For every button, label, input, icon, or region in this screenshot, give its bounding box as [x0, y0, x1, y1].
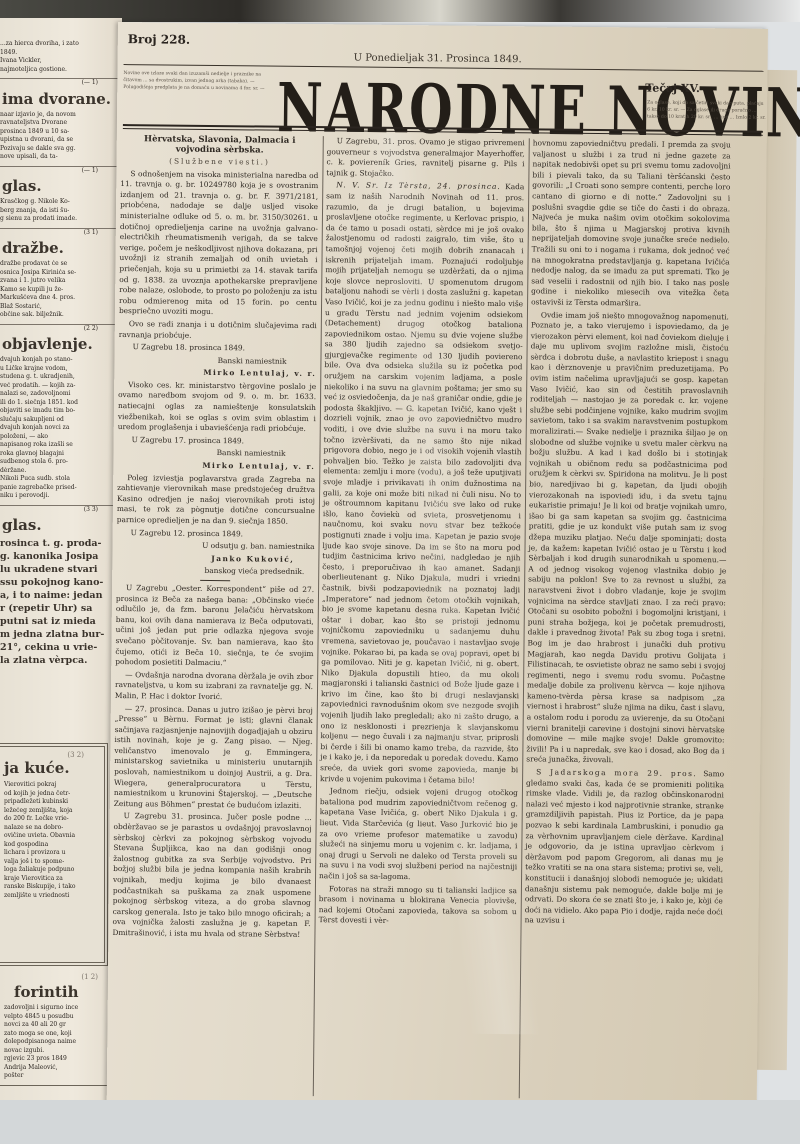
volume-label: Tečaj XV.	[645, 82, 700, 96]
dateline: U Zagrebu 17. prosinca 1849.	[118, 435, 316, 448]
ad-text-line: ovičine uvieta. Obavnia	[4, 832, 104, 841]
ad-text-line: ...za hierca dvoriha, i zato	[0, 40, 118, 49]
article-paragraph: Samo gledamo svaki čas, kada će se promi…	[525, 769, 725, 925]
ad-text-line: roka glavnoj blagajni	[0, 450, 118, 459]
issue-date: U Ponedieljak 31. Prosinca 1849.	[354, 52, 522, 65]
notice-text-line: pošter	[4, 1072, 118, 1081]
ad-heading: ja kuće.	[0, 747, 104, 777]
article-paragraph: Ovo se radi znanja i u dotičnim slučajev…	[119, 319, 317, 342]
ad-text-line: pripadležeti kubinski	[4, 798, 104, 807]
notice-text: zadovoljni i sigurno incevelpto 4845 u p…	[0, 1001, 118, 1081]
ad-text-line: niku i perovodji.	[0, 492, 118, 501]
background-surface	[0, 1100, 800, 1144]
ad-text-line: napisanog roka izašli se	[0, 441, 118, 450]
ad-text-line: slučaju sakupljeni od	[0, 416, 118, 425]
ad-text-line: položeni, — ako	[0, 433, 118, 442]
signatory-role: Banski namiestnik	[118, 355, 316, 368]
ad-text-line: berg znanja, da isti šu-	[0, 207, 118, 216]
ad-text-line: 21°, cekina u vrie-	[0, 641, 118, 654]
article-paragraph: S odnošenjem na visoka ministerialna nar…	[119, 169, 319, 319]
ad-text-line: do 200 fr. Lečke vrie-	[4, 815, 104, 824]
ad-text-line: objaviti se imadu tim bo-	[0, 407, 118, 416]
notice-text-line: novac izgubi.	[4, 1047, 118, 1056]
ad-text-line: Vierovitici pokraj	[4, 781, 104, 790]
left-underlying-page: ...za hierca dvoriha, i zato1849.Ivana V…	[0, 18, 122, 1100]
notice-text-line: zato moga se one, koji	[4, 1030, 118, 1039]
article-paragraph: — 27. prosinca. Danas u jutro izišao je …	[114, 704, 313, 812]
article-paragraph: U Zagrebu „Oester. Korrespondent“ piše o…	[115, 583, 314, 670]
ad-text-line: kraje Vierovitica za	[4, 875, 104, 884]
ad-text-line: loga žaliakuje podpuno	[4, 866, 104, 875]
ad-heading: ima dvorane.	[2, 90, 118, 108]
ad-text-line: ranske Biskupije, i tako	[4, 883, 104, 892]
left-page-fragments: ...za hierca dvoriha, i zato1849.Ivana V…	[0, 40, 118, 667]
notice-text-line: Andrija Maleović,	[4, 1064, 118, 1073]
ad-text-line: ssu pokojnog kano-	[0, 576, 118, 589]
column-3: hovnomu zapoviedničtvu predali. I premda…	[525, 138, 731, 930]
ad-number: (3 1)	[0, 228, 118, 238]
signature: Mirko Lentulaj, v. r.	[117, 460, 315, 473]
section-title: Hèrvatska, Slavonia, Dalmacia i vojvodin…	[121, 134, 319, 156]
ad-text-line: občine sak. bilježnik.	[0, 311, 118, 320]
ad-text-line: lichara i provizora u	[4, 849, 104, 858]
ad-text-line: r (repetir Uhr) sa	[0, 602, 118, 615]
ad-number: (3 2)	[67, 751, 84, 759]
signature: Janko Kuković,	[116, 553, 314, 566]
ad-text-line: upistna u dvorani, da se	[0, 136, 118, 145]
article-paragraph: — Ovdašnja narodna dvorana dèržala je ov…	[115, 670, 313, 704]
ad-text-line: Blaž Šostarić,	[0, 303, 118, 312]
notice-text-line: dolepodpisanoga naime	[4, 1038, 118, 1047]
ad-text-line: dražbe prodavat će se	[0, 260, 118, 269]
ad-text-line: dvajuh konjah po stano-	[0, 356, 118, 365]
ad-text-line: nove upisali, da ta-	[0, 153, 118, 162]
ad-text-line: od kojih je jedna četr-	[4, 790, 104, 799]
subscription-notice: Novine ove izlaze svaki dan izuzamši ned…	[123, 70, 271, 93]
ad-text-line: dèržane.	[0, 467, 118, 476]
forintih-notice: (1 2) forintih zadovoljni i sigurno ince…	[0, 973, 118, 1086]
ad-text-line: zemljište u vriednosti	[4, 892, 104, 901]
ad-text-line: prosinca 1849 u 10 sa-	[0, 128, 118, 137]
issue-number: Broj 228.	[128, 32, 190, 47]
ad-text-line: Pozivaju se dakle sva gg.	[0, 145, 118, 154]
article-paragraph: Poleg izviestja poglavarstva grada Zagre…	[117, 473, 316, 528]
article-paragraph: Ovdie imam još niešto mnogovažnog napome…	[526, 310, 729, 768]
notice-text-line: novci za 40 ali 20 gr	[4, 1021, 118, 1030]
ad-text-line: u Ličke krajne vodom,	[0, 365, 118, 374]
ad-text-line: lu ukradene stvari	[0, 563, 118, 576]
ad-text-line: zvana i 1. jutro velika	[0, 277, 118, 286]
ad-text-line: panie zagrebačke prised-	[0, 484, 118, 493]
ad-text-line: nalazi se, zadovoljnomi	[0, 390, 118, 399]
ad-text-line: osnica Josipa Kirinića se-	[0, 269, 118, 278]
column-1: Hèrvatska, Slavonia, Dalmacia i vojvodin…	[112, 134, 318, 943]
newspaper-page: Broj 228. U Ponedieljak 31. Prosinca 184…	[107, 22, 768, 1114]
ad-text-line: već prodatih. — kojih za-	[0, 382, 118, 391]
ad-text-line: ležećeg zemljišta, koja	[4, 807, 104, 816]
ad-text-line: m jedna zlatna bur-	[0, 628, 118, 641]
notice-text-line: velpto 4845 u posudbu	[4, 1013, 118, 1022]
ad-text-line: ravnateljstva Dvorane	[0, 119, 118, 128]
ad-text-line: ili do 1. siečnja 1851. kod	[0, 399, 118, 408]
separator	[200, 580, 230, 581]
ad-text-line: studena g. t. ukradjenih,	[0, 373, 118, 382]
signature: Mirko Lentulaj, v. r.	[118, 367, 316, 380]
ad-text-line: naar izjavio je, da novom	[0, 111, 118, 120]
ad-number: (— 1)	[0, 78, 118, 88]
ad-text-line: Ivana Vickler,	[0, 57, 118, 66]
ad-text-line: la zlatna vèrpca.	[0, 654, 118, 667]
ad-heading: objavlenje.	[2, 335, 118, 353]
ad-text-line: dvajuh konjah novci za	[0, 424, 118, 433]
ad-number: (2 2)	[0, 324, 118, 334]
ad-text-line: kod gospodina	[4, 841, 104, 850]
ad-heading: glas.	[2, 177, 118, 195]
dateline: U Zagrebu 12. prosinca 1849.	[117, 528, 315, 541]
notice-number: (1 2)	[81, 973, 98, 981]
ad-heading: glas.	[2, 516, 118, 534]
ad-text-line: sudbenog stola 6. pro-	[0, 458, 118, 467]
ad-text-line: najmoteljica gostione.	[0, 66, 118, 75]
ad-text: Vierovitici pokrajod kojih je jedna četr…	[0, 777, 104, 900]
ad-number: (— 1)	[0, 166, 118, 176]
advert-rates-notice: Za oglase, koji do sa četiri svaki dan p…	[647, 100, 767, 122]
ornamental-ad-box: (3 2) ja kuće. Vierovitici pokrajod koji…	[0, 743, 108, 966]
ad-text-line: Kamo se kupili ju že-	[0, 286, 118, 295]
ad-text-line: rosinca t. g. proda-	[0, 537, 118, 550]
article-lead: S Jadarskoga mora 29. pros.	[536, 767, 697, 778]
ad-text-line: Markušćeva dne 4. pros.	[0, 294, 118, 303]
section-subtitle: (Službene viesti.)	[120, 156, 318, 169]
ad-text-line: Nikoli Puca sudb. stola	[0, 475, 118, 484]
ad-text-line: putni sat iz mieda	[0, 615, 118, 628]
notice-text-line: zadovoljni i sigurno ince	[4, 1004, 118, 1013]
ad-number: (3 3)	[0, 505, 118, 515]
article-paragraph: Visoko ces. kr. ministarstvo tèrgovine p…	[118, 380, 317, 435]
ad-text-line: a, i to naime: jedan	[0, 589, 118, 602]
signatory-role: Banski namiestnik	[117, 447, 315, 460]
signatory-role: banskog vieća predsednik.	[116, 565, 314, 578]
article-paragraph: U Zagrebu 31. prosinca. Jučer posle podn…	[112, 811, 311, 940]
notice-text-line: rgjevic 23 pros 1849	[4, 1055, 118, 1064]
signatory-role: U odsutju g. ban. namiestnika	[116, 540, 314, 553]
ad-text-line: Krasčkog g. Nikole Ko-	[0, 198, 118, 207]
dateline: U Zagrebu 18. prosinca 1849.	[119, 342, 317, 355]
ad-text-line: 1849.	[0, 49, 118, 58]
ad-text-line: nalaze se na dobro-	[4, 824, 104, 833]
ad-text-line: valja još i to spome-	[4, 858, 104, 867]
ad-text-line: g. kanonika Josipa	[0, 550, 118, 563]
ad-text-line: g sienu za prodati imade.	[0, 215, 118, 224]
article-paragraph: hovnomu zapoviedničtvu predali. I premda…	[531, 138, 731, 310]
ad-heading: dražbe.	[2, 239, 118, 257]
notice-heading: forintih	[0, 973, 118, 1001]
